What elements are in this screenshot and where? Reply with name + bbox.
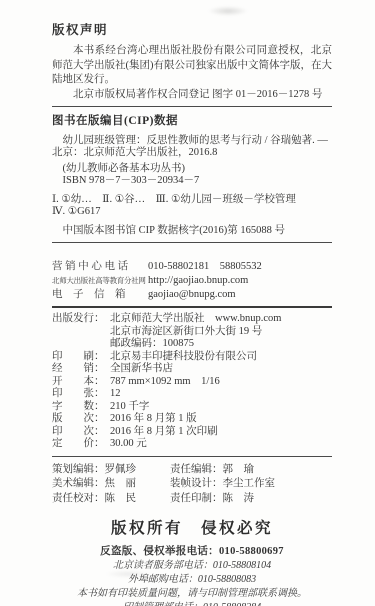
publishing-row-format: 开 本： 787 mm×1092 mm 1/16 [52, 376, 332, 389]
copyright-registration-line: 北京市版权局著作权合同登记 图字 01－2016－1278 号 [52, 88, 332, 101]
scan-artifact-top [208, 6, 248, 16]
publishing-row-publisher: 出版发行： 北京师范大学出版社 www.bnup.com [52, 313, 332, 326]
publishing-label: 印 刷： [52, 351, 110, 364]
cip-heading: 图书在版编目(CIP)数据 [52, 112, 332, 128]
credit-planning-editor: 策划编辑：罗佩珍 [52, 463, 170, 478]
copyright-notice-heading: 版权声明 [52, 20, 332, 38]
print-quality-notice-line: 本书如有印装质量问题，请与印制管理部联系调换。 [52, 587, 332, 600]
publishing-value: 北京师范大学出版社 www.bnup.com [110, 313, 332, 326]
publishing-label: 定 价： [52, 438, 110, 451]
copyright-slogan: 版权所有 侵权必究 [52, 516, 332, 538]
publishing-value: 北京易丰印捷科技股份有限公司 [110, 351, 332, 364]
divider-below-cip [52, 242, 332, 243]
copyright-notice-section: 版权声明 本书系经台湾心理出版社股份有限公司同意授权，北京师范大学出版社(集团)… [52, 20, 332, 101]
cip-section: 图书在版编目(CIP)数据 幼儿园班级管理：反思性教师的思考与行动 / 谷瑞勉著… [52, 112, 332, 238]
publishing-label [52, 326, 110, 339]
cip-title-line: 幼儿园班级管理：反思性教师的思考与行动 / 谷瑞勉著. — [52, 135, 332, 148]
credit-proofreader: 责任校对：陈 民 [52, 492, 170, 507]
cip-series-line: (幼儿教师必备基本功丛书) [52, 163, 332, 176]
publishing-row-impression: 印 次： 2016 年 8 月第 1 次印刷 [52, 426, 332, 439]
publishing-info-section: 出版发行： 北京师范大学出版社 www.bnup.com 北京市海淀区新街口外大… [52, 313, 332, 451]
credits-row-3: 责任校对：陈 民 责任印制：陈 涛 [52, 492, 332, 507]
cip-classification-line-1: Ⅰ. ①幼… Ⅱ. ①谷… Ⅲ. ①幼儿园－班级－学校管理 [52, 194, 332, 207]
publishing-row-sheets: 印 张： 12 [52, 388, 332, 401]
publishing-row-distributor: 经 销： 全国新华书店 [52, 363, 332, 376]
credits-row-2: 美术编辑：焦 丽 装帧设计：李尘工作室 [52, 477, 332, 492]
publishing-label [52, 338, 110, 351]
publishing-row-edition: 版 次： 2016 年 8 月第 1 版 [52, 413, 332, 426]
marketing-email-value: gaojiao@bnupg.com [148, 289, 332, 301]
publishing-value: 12 [110, 388, 332, 401]
publishing-label: 印 张： [52, 388, 110, 401]
divider-above-publishing [52, 306, 332, 308]
publishing-value: 全国新华书店 [110, 363, 332, 376]
publishing-row-postcode: 邮政编码：100875 [52, 338, 332, 351]
credits-row-1: 策划编辑：罗佩珍 责任编辑：郭 瑜 [52, 463, 332, 478]
publishing-label: 出版发行： [52, 313, 110, 326]
piracy-report-phone-line: 反盗版、侵权举报电话：010-58800697 [52, 543, 332, 558]
publishing-label: 经 销： [52, 363, 110, 376]
marketing-website-row: 北师大出版社高等教育分社网 http://gaojiao.bnup.com [52, 275, 332, 287]
cip-record-number-line: 中国版本图书馆 CIP 数据核字(2016)第 165088 号 [52, 225, 332, 238]
publishing-value: 2016 年 8 月第 1 次印刷 [110, 426, 332, 439]
credit-print-supervisor: 责任印制：陈 涛 [170, 492, 332, 507]
anti-piracy-footer-section: 版权所有 侵权必究 反盗版、侵权举报电话：010-58800697 北京读者服务… [52, 516, 332, 606]
cip-isbn-line: ISBN 978－7－303－20934－7 [52, 175, 332, 188]
publishing-value: 30.00 元 [110, 438, 332, 451]
marketing-website-value: http://gaojiao.bnup.com [148, 275, 332, 287]
publishing-label: 字 数： [52, 401, 110, 414]
cip-classification-line-2: Ⅳ. ①G617 [52, 206, 332, 219]
book-copyright-page: 版权声明 本书系经台湾心理出版社股份有限公司同意授权，北京师范大学出版社(集团)… [0, 0, 375, 606]
publishing-value: 北京市海淀区新街口外大街 19 号 [110, 326, 332, 339]
marketing-email-row: 电 子 信 箱 gaojiao@bnupg.com [52, 289, 332, 301]
print-management-phone-line: 印制管理部电话：010-58808284 [52, 601, 332, 606]
marketing-phone-label: 营 销 中 心 电 话 [52, 261, 148, 273]
credit-design: 装帧设计：李尘工作室 [170, 477, 332, 492]
credit-responsible-editor: 责任编辑：郭 瑜 [170, 463, 332, 478]
marketing-contact-section: 营 销 中 心 电 话 010-58802181 58805532 北师大出版社… [52, 261, 332, 301]
marketing-email-label: 电 子 信 箱 [52, 289, 148, 301]
marketing-phone-row: 营 销 中 心 电 话 010-58802181 58805532 [52, 261, 332, 273]
credit-art-editor: 美术编辑：焦 丽 [52, 477, 170, 492]
mail-order-phone-line: 外埠邮购电话：010-58808083 [52, 573, 332, 586]
page-content: 版权声明 本书系经台湾心理出版社股份有限公司同意授权，北京师范大学出版社(集团)… [52, 20, 332, 606]
reader-service-phone-line: 北京读者服务部电话：010-58808104 [52, 559, 332, 572]
publishing-row-wordcount: 字 数： 210 千字 [52, 401, 332, 414]
marketing-phone-value: 010-58802181 58805532 [148, 261, 332, 273]
marketing-website-label: 北师大出版社高等教育分社网 [52, 275, 148, 287]
publishing-label: 印 次： [52, 426, 110, 439]
cip-publisher-line: 北京：北京师范大学出版社，2016.8 [52, 147, 332, 160]
publishing-row-printer: 印 刷： 北京易丰印捷科技股份有限公司 [52, 351, 332, 364]
publishing-value: 787 mm×1092 mm 1/16 [110, 376, 332, 389]
publishing-row-price: 定 价： 30.00 元 [52, 438, 332, 451]
copyright-notice-body: 本书系经台湾心理出版社股份有限公司同意授权，北京师范大学出版社(集团)有限公司独… [52, 44, 332, 88]
divider-above-cip [52, 106, 332, 107]
publishing-row-address: 北京市海淀区新街口外大街 19 号 [52, 326, 332, 339]
publishing-value: 210 千字 [110, 401, 332, 414]
staff-credits-section: 策划编辑：罗佩珍 责任编辑：郭 瑜 美术编辑：焦 丽 装帧设计：李尘工作室 责任… [52, 463, 332, 507]
publishing-value: 邮政编码：100875 [110, 338, 332, 351]
publishing-label: 开 本： [52, 376, 110, 389]
publishing-label: 版 次： [52, 413, 110, 426]
publishing-value: 2016 年 8 月第 1 版 [110, 413, 332, 426]
divider-above-credits [52, 456, 332, 457]
